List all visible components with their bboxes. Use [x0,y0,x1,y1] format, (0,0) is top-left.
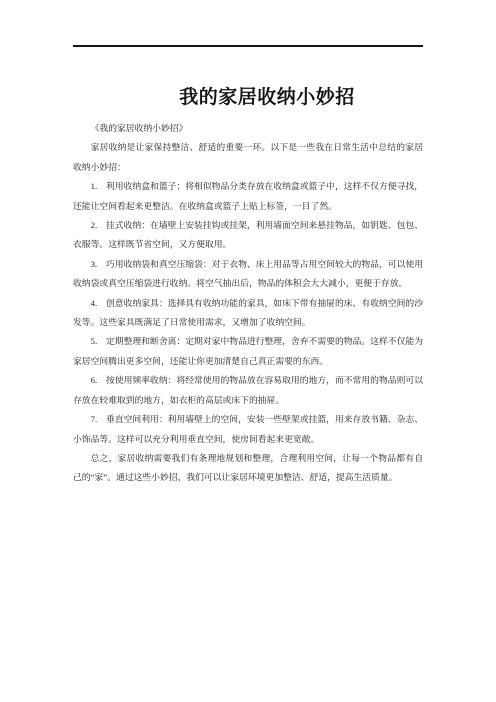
document-title: 我的家居收纳小妙招 [0,87,496,109]
tip-item-1: 1. 利用收纳盒和篮子：将相似物品分类存放在收纳盒或篮子中，这样不仅方便寻找，还… [73,177,423,216]
tip-item-5: 5. 定期整理和断舍离：定期对家中物品进行整理，舍弃不需要的物品。这样不仅能为家… [73,332,423,371]
tip-item-7: 7. 垂直空间利用：利用墙壁上的空间，安装一些壁架或挂篮，用来存放书籍、杂志、小… [73,410,423,449]
tip-item-6: 6. 按使用频率收纳：将经常使用的物品放在容易取用的地方，而不常用的物品则可以存… [73,371,423,410]
paragraph-intro: 家居收纳是让家保持整洁、舒适的重要一环。以下是一些我在日常生活中总结的家居收纳小… [73,138,423,177]
tip-item-2: 2. 挂式收纳：在墙壁上安装挂钩或挂架，利用墙面空间来悬挂物品，如钥匙、包包、衣… [73,216,423,255]
title-separator-line [73,45,423,47]
paragraph-subtitle: 《我的家居收纳小妙招》 [73,119,423,138]
tip-item-4: 4. 创意收纳家具：选择具有收纳功能的家具，如床下带有抽屉的床、有收纳空间的沙发… [73,294,423,333]
document-body: 《我的家居收纳小妙招》 家居收纳是让家保持整洁、舒适的重要一环。以下是一些我在日… [73,119,423,488]
tip-item-3: 3. 巧用收纳袋和真空压缩袋：对于衣物、床上用品等占用空间较大的物品，可以使用收… [73,255,423,294]
document-page: 我的家居收纳小妙招 《我的家居收纳小妙招》 家居收纳是让家保持整洁、舒适的重要一… [0,0,496,702]
paragraph-conclusion: 总之，家居收纳需要我们有条理地规划和整理，合理利用空间，让每一个物品都有自己的“… [73,449,423,488]
